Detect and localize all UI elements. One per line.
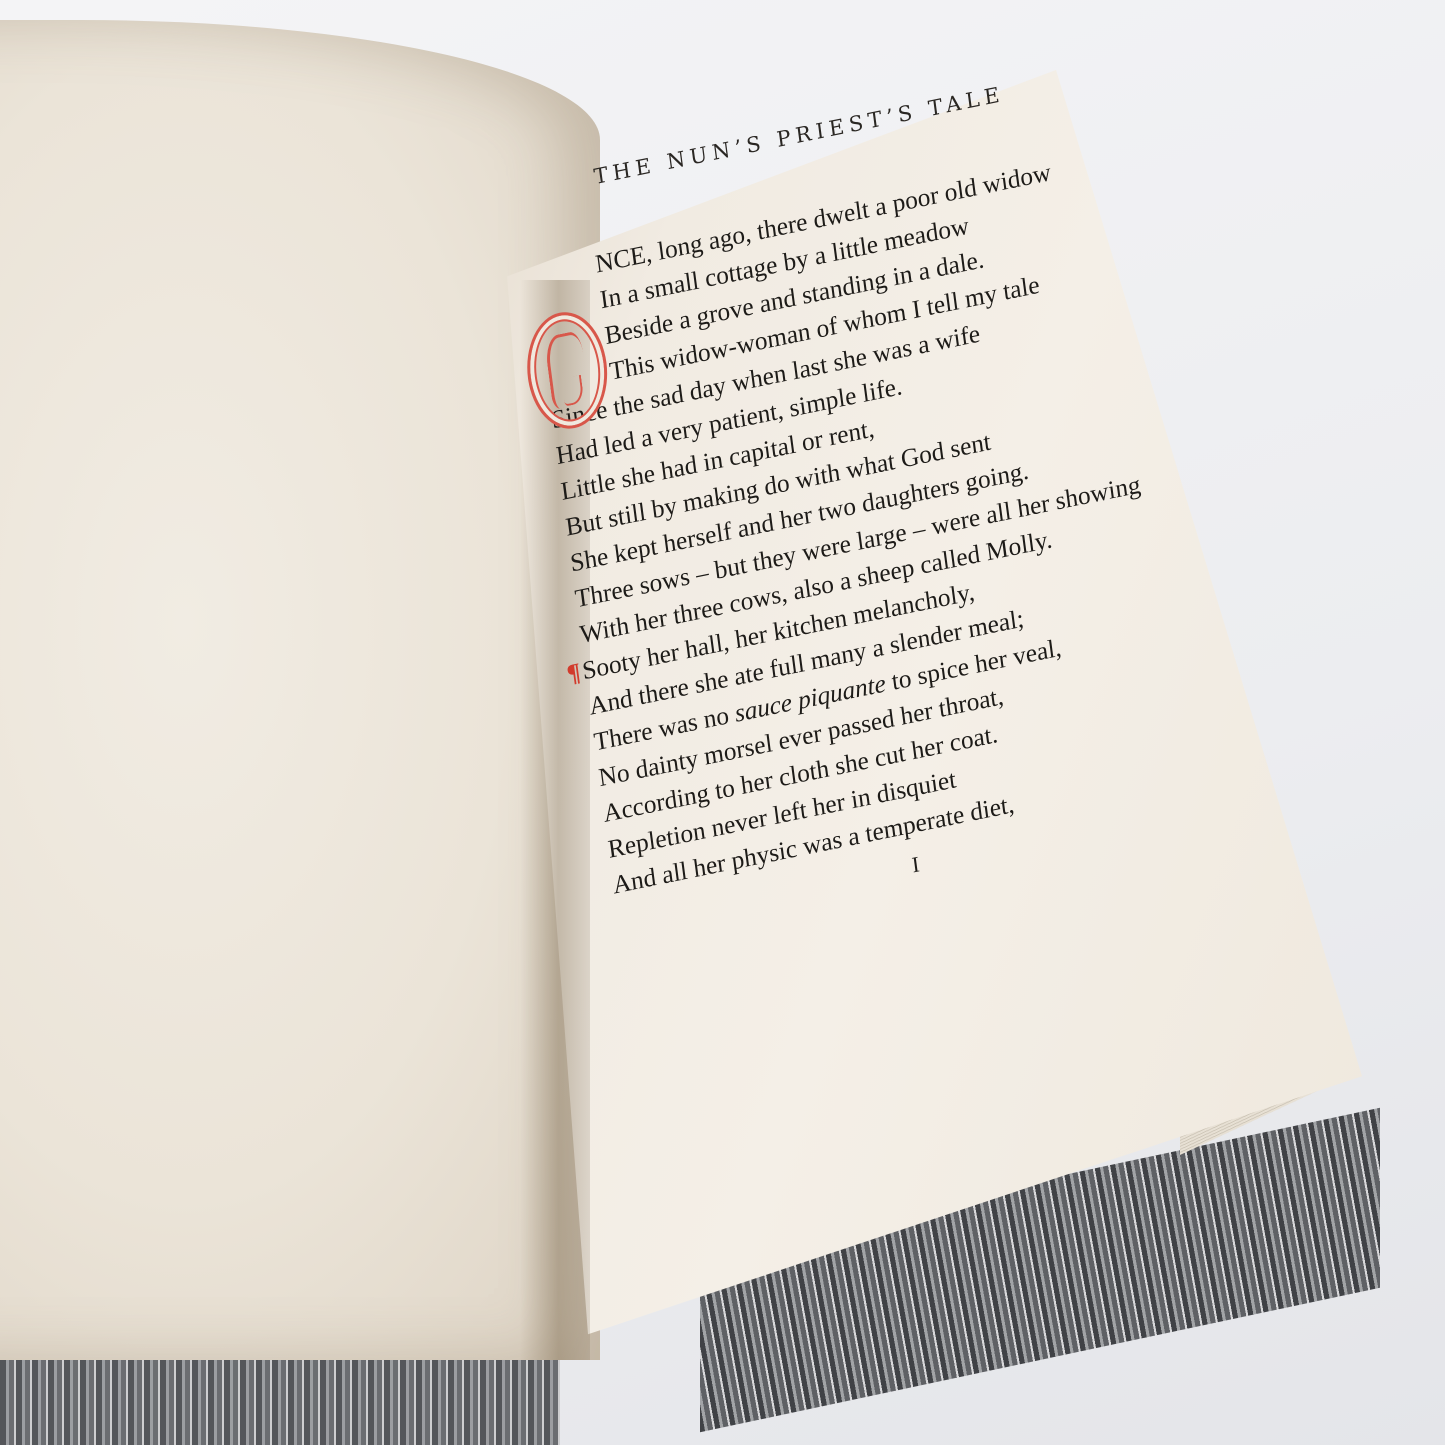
verse-block: NCE, long ago, there dwelt a poor old wi… xyxy=(530,136,1228,943)
left-page-blank xyxy=(0,20,600,1360)
page-text-block: THE NUN’S PRIEST’S TALE NCE, long ago, t… xyxy=(520,56,1228,943)
open-book-photo: THE NUN’S PRIEST’S TALE NCE, long ago, t… xyxy=(0,0,1445,1445)
book-cover-edge-left xyxy=(0,1350,560,1445)
drop-cap-chin xyxy=(561,375,584,407)
